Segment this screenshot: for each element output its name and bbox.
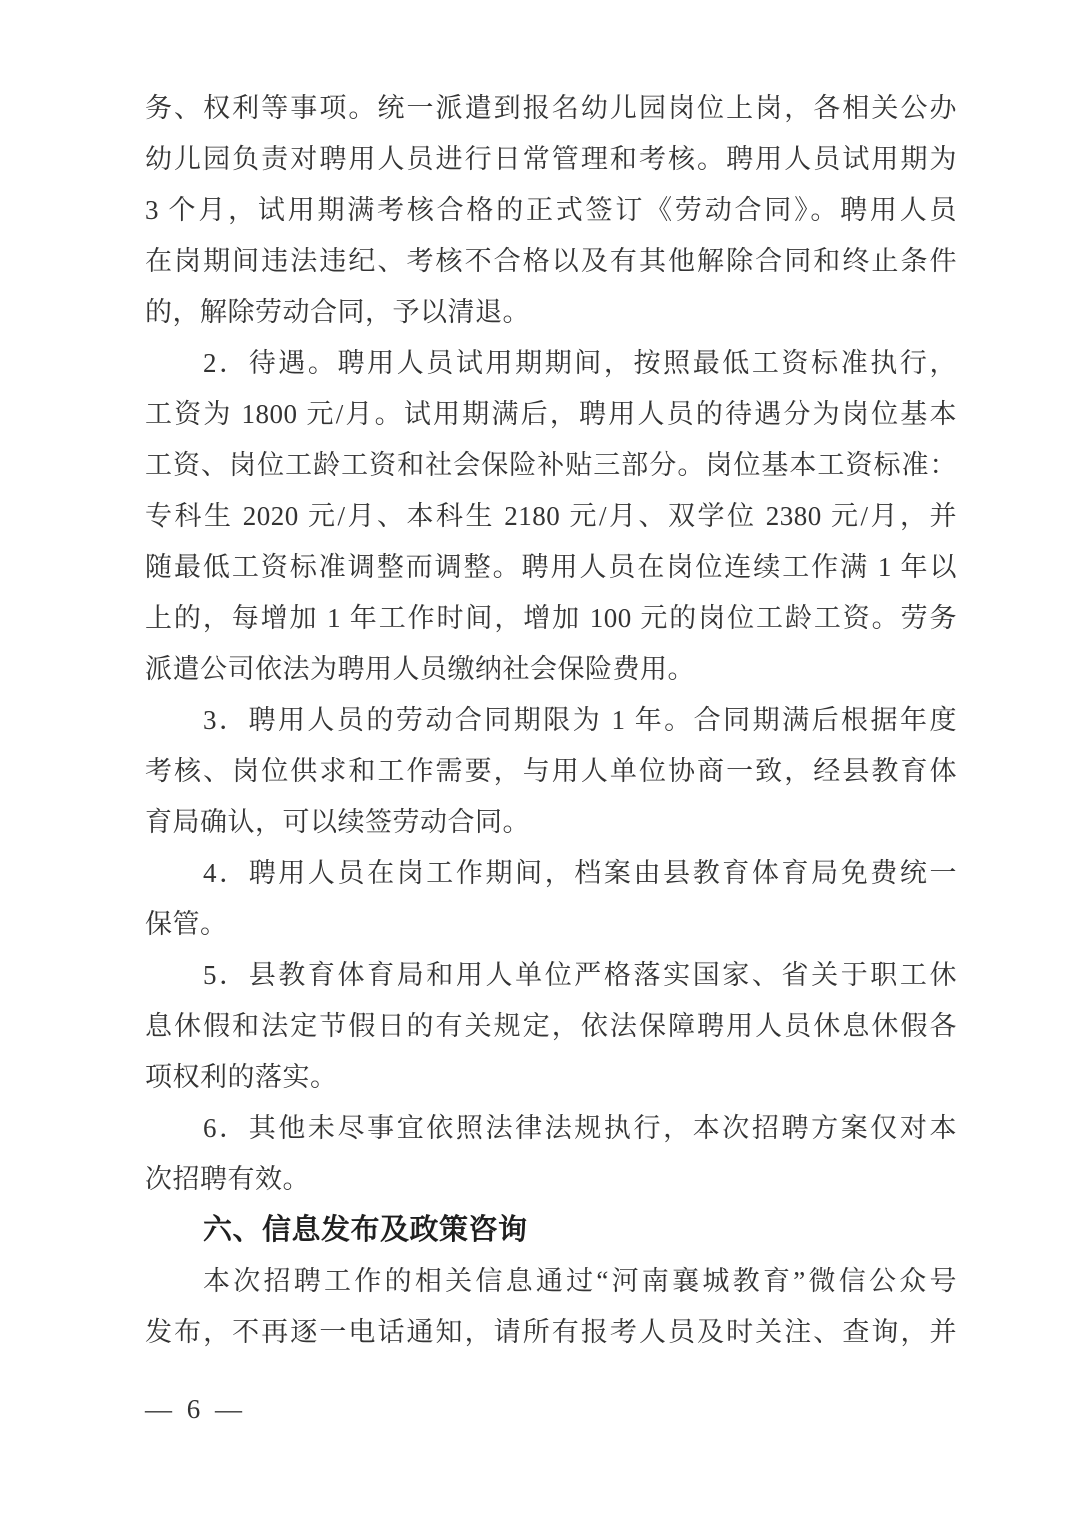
section-heading-info-release: 六、信息发布及政策咨询: [145, 1205, 957, 1256]
page-number: — 6 —: [145, 1384, 246, 1435]
text-line: 次招聘有效。: [145, 1154, 957, 1205]
text-line-item-4-archives: 4．聘用人员在岗工作期间，档案由县教育体育局免费统一: [145, 848, 957, 899]
text-line: 务、权利等事项。统一派遣到报名幼儿园岗位上岗，各相关公办: [145, 83, 957, 134]
text-line: 工资、岗位工龄工资和社会保险补贴三部分。岗位基本工资标准：: [145, 440, 957, 491]
text-line-item-6-other: 6．其他未尽事宜依照法律法规执行，本次招聘方案仅对本: [145, 1103, 957, 1154]
text-line: 随最低工资标准调整而调整。聘用人员在岗位连续工作满 1 年以: [145, 542, 957, 593]
text-line: 育局确认，可以续签劳动合同。: [145, 797, 957, 848]
text-line-item-3-contract: 3．聘用人员的劳动合同期限为 1 年。合同期满后根据年度: [145, 695, 957, 746]
text-line-item-2-treatment: 2．待遇。聘用人员试用期期间，按照最低工资标准执行，: [145, 338, 957, 389]
text-line: 本次招聘工作的相关信息通过“河南襄城教育”微信公众号: [145, 1256, 957, 1307]
text-line: 考核、岗位供求和工作需要，与用人单位协商一致，经县教育体: [145, 746, 957, 797]
document-page: 务、权利等事项。统一派遣到报名幼儿园岗位上岗，各相关公办 幼儿园负责对聘用人员进…: [0, 0, 1080, 1527]
text-line: 幼儿园负责对聘用人员进行日常管理和考核。聘用人员试用期为: [145, 134, 957, 185]
text-line: 在岗期间违法违纪、考核不合格以及有其他解除合同和终止条件: [145, 236, 957, 287]
text-line: 上的，每增加 1 年工作时间，增加 100 元的岗位工龄工资。劳务: [145, 593, 957, 644]
text-line: 的，解除劳动合同，予以清退。: [145, 287, 957, 338]
text-line: 息休假和法定节假日的有关规定，依法保障聘用人员休息休假各: [145, 1001, 957, 1052]
text-line: 3 个月，试用期满考核合格的正式签订《劳动合同》。聘用人员: [145, 185, 957, 236]
text-block: 务、权利等事项。统一派遣到报名幼儿园岗位上岗，各相关公办 幼儿园负责对聘用人员进…: [145, 83, 957, 1358]
text-line: 工资为 1800 元/月。试用期满后，聘用人员的待遇分为岗位基本: [145, 389, 957, 440]
text-line-item-5-leave: 5．县教育体育局和用人单位严格落实国家、省关于职工休: [145, 950, 957, 1001]
text-line: 派遣公司依法为聘用人员缴纳社会保险费用。: [145, 644, 957, 695]
text-line: 项权利的落实。: [145, 1052, 957, 1103]
text-line: 发布，不再逐一电话通知，请所有报考人员及时关注、查询，并: [145, 1307, 957, 1358]
text-line: 专科生 2020 元/月、本科生 2180 元/月、双学位 2380 元/月，并: [145, 491, 957, 542]
text-line: 保管。: [145, 899, 957, 950]
